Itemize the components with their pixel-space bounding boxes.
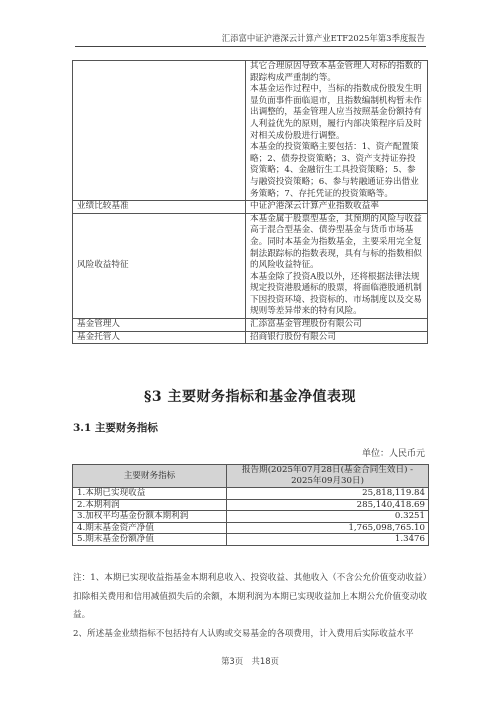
table-row: 风险收益特征 本基金属于股票型基金，其预期的风险与收益高于混合型基金、债券型基金… (73, 213, 428, 318)
header-divider (75, 46, 426, 47)
paragraph: 中证沪港深云计算产业指数收益率 (250, 201, 424, 213)
row-value: 其它合理原因导致本基金管理人对标的指数的跟踪构成严重制约等。 本基金运作过程中，… (246, 61, 428, 201)
row-value: 本基金属于股票型基金，其预期的风险与收益高于混合型基金、债券型基金与货币市场基金… (246, 213, 428, 318)
row-label: 基金托管人 (73, 331, 246, 344)
row-label: 基金管理人 (73, 319, 246, 332)
column-header-indicator: 主要财务指标 (73, 465, 227, 488)
indicator-cell: 4.期末基金资产净值 (73, 522, 227, 534)
paragraph: 其它合理原因导致本基金管理人对标的指数的跟踪构成严重制约等。 (250, 61, 424, 84)
notes-section: 注：1、本期已实现收益指基金本期利息收入、投资收益、其他收入（不含公允价值变动收… (73, 569, 427, 643)
fund-profile-table: 其它合理原因导致本基金管理人对标的指数的跟踪构成严重制约等。 本基金运作过程中，… (72, 60, 428, 344)
note-2: 2、所述基金业绩指标不包括持有人认购或交易基金的各项费用，计入费用后实际收益水平 (73, 625, 427, 644)
value-cell: 0.3251 (227, 511, 429, 523)
value-cell: 25,818,119.84 (227, 488, 429, 500)
paragraph: 本基金运作过程中，当标的指数成份股发生明显负面事件面临退市，且指数编制机构暂未作… (250, 84, 424, 142)
row-label: 业绩比较基准 (73, 201, 246, 214)
paragraph: 本基金除了投资A股以外，还将根据法律法规规定投资港股通标的股票，将面临港股通机制… (250, 272, 424, 318)
table-header-row: 主要财务指标 报告期(2025年07月28日(基金合同生效日) - 2025年0… (73, 465, 429, 488)
financial-indicators-table: 主要财务指标 报告期(2025年07月28日(基金合同生效日) - 2025年0… (72, 464, 429, 546)
row-label: 风险收益特征 (73, 213, 246, 318)
row-value: 招商银行股份有限公司 (246, 331, 428, 344)
section-title: §3 主要财务指标和基金净值表现 (0, 386, 500, 406)
table-row: 2.本期利润 285,140,418.69 (73, 499, 429, 511)
paragraph: 招商银行股份有限公司 (250, 332, 424, 344)
indicator-cell: 5.期末基金份额净值 (73, 534, 227, 546)
indicator-cell: 3.加权平均基金份额本期利润 (73, 511, 227, 523)
paragraph: 本基金属于股票型基金，其预期的风险与收益高于混合型基金、债券型基金与货币市场基金… (250, 214, 424, 272)
value-cell: 285,140,418.69 (227, 499, 429, 511)
table-row: 基金管理人 汇添富基金管理股份有限公司 (73, 319, 428, 332)
table-row: 业绩比较基准 中证沪港深云计算产业指数收益率 (73, 201, 428, 214)
table-row: 其它合理原因导致本基金管理人对标的指数的跟踪构成严重制约等。 本基金运作过程中，… (73, 61, 428, 201)
paragraph: 汇添富基金管理股份有限公司 (250, 319, 424, 331)
page-number: 第3页 共18页 (0, 655, 500, 667)
table-row: 基金托管人 招商银行股份有限公司 (73, 331, 428, 344)
unit-label: 单位：人民币元 (362, 446, 425, 459)
paragraph: 本基金的投资策略主要包括：1、资产配置策略；2、债券投资策略；3、资产支持证券投… (250, 142, 424, 200)
value-cell: 1.3476 (227, 534, 429, 546)
table-row: 5.期末基金份额净值 1.3476 (73, 534, 429, 546)
table-row: 3.加权平均基金份额本期利润 0.3251 (73, 511, 429, 523)
table-row: 1.本期已实现收益 25,818,119.84 (73, 488, 429, 500)
row-value: 中证沪港深云计算产业指数收益率 (246, 201, 428, 214)
value-cell: 1,765,098,765.10 (227, 522, 429, 534)
column-header-period: 报告期(2025年07月28日(基金合同生效日) - 2025年09月30日) (227, 465, 429, 488)
row-value: 汇添富基金管理股份有限公司 (246, 319, 428, 332)
table-row: 4.期末基金资产净值 1,765,098,765.10 (73, 522, 429, 534)
subsection-title: 3.1 主要财务指标 (73, 420, 158, 435)
running-header-title: 汇添富中证沪港深云计算产业ETF2025年第3季度报告 (222, 32, 425, 44)
indicator-cell: 2.本期利润 (73, 499, 227, 511)
indicator-cell: 1.本期已实现收益 (73, 488, 227, 500)
row-label (73, 61, 246, 201)
note-1: 注：1、本期已实现收益指基金本期利息收入、投资收益、其他收入（不含公允价值变动收… (73, 569, 427, 625)
